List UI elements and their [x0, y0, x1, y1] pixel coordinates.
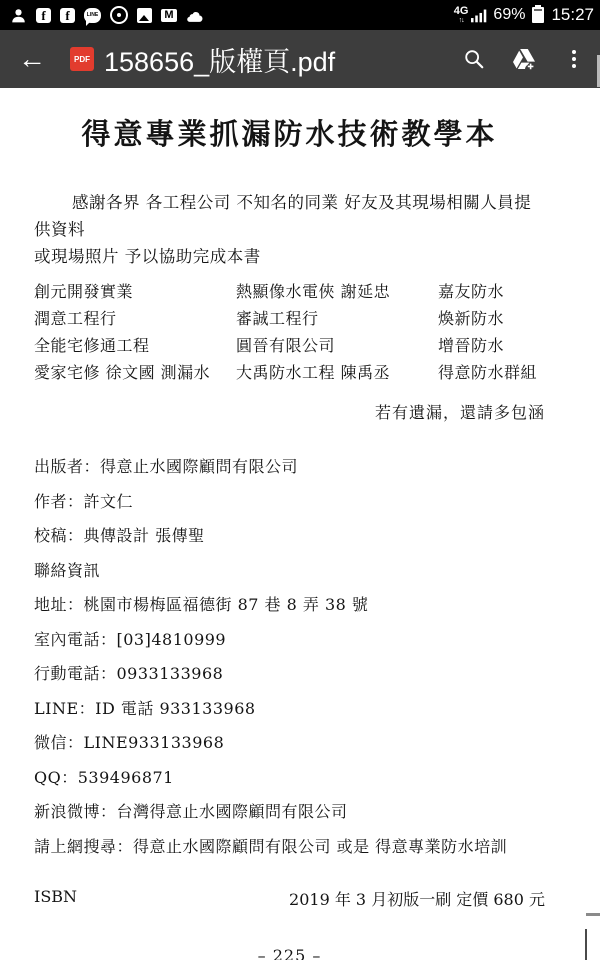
info-line-author: 作者：許文仁	[34, 492, 545, 512]
acknowledgement-line-1: 感謝各界 各工程公司 不知名的同業 好友及其現場相關人員提供資料	[34, 189, 545, 243]
isbn-label: ISBN	[34, 887, 77, 910]
credit-cell: 煥新防水	[438, 305, 545, 332]
cloud-icon	[186, 7, 203, 24]
clock-icon	[110, 6, 128, 24]
credit-cell: 圓晉有限公司	[236, 332, 438, 359]
credit-cell: 審誠工程行	[236, 305, 438, 332]
credits-grid: 創元開發實業 熱顯像水電俠 謝延忠 嘉友防水 潤意工程行 審誠工程行 煥新防水 …	[34, 278, 545, 386]
acknowledgement-line-2: 或現場照片 予以協助完成本書	[34, 243, 545, 270]
credit-cell: 得意防水群組	[438, 359, 545, 386]
apology-note: 若有遺漏，還請多包涵	[34, 400, 545, 423]
pdf-page: 得意專業抓漏防水技術教學本 感謝各界 各工程公司 不知名的同業 好友及其現場相關…	[0, 88, 600, 960]
credit-cell: 愛家宅修 徐文國 測漏水	[34, 359, 236, 386]
info-line-qq: QQ：539496871	[34, 768, 545, 788]
status-bar: f f LINE M 4G ↑↓ 69% 15:27	[0, 0, 600, 30]
page-number: – 225 –	[34, 946, 545, 960]
info-line-landline: 室內電話：[03]4810999	[34, 630, 545, 650]
publication-info: 出版者：得意止水國際顧問有限公司 作者：許文仁 校稿：典傳設計 張傳聖 聯絡資訊…	[34, 457, 545, 857]
app-bar: ← PDF 158656_版權頁.pdf	[0, 30, 600, 88]
info-line-mobile: 行動電話：0933133968	[34, 664, 545, 684]
signal-bars-icon	[471, 7, 488, 24]
credit-cell: 嘉友防水	[438, 278, 545, 305]
overflow-menu-button[interactable]	[562, 47, 586, 71]
back-button[interactable]: ←	[18, 43, 54, 75]
network-label: 4G	[454, 6, 469, 17]
gmail-icon: M	[161, 9, 177, 22]
facebook-icon: f	[60, 8, 75, 23]
credit-cell: 潤意工程行	[34, 305, 236, 332]
pdf-file-icon: PDF	[70, 47, 94, 71]
line-icon: LINE	[84, 8, 101, 23]
credit-cell: 創元開發實業	[34, 278, 236, 305]
acknowledgement-paragraph: 感謝各界 各工程公司 不知名的同業 好友及其現場相關人員提供資料 或現場照片 予…	[34, 189, 545, 270]
scrollbar-mark-vertical[interactable]	[585, 929, 587, 960]
add-to-drive-button[interactable]	[512, 47, 536, 71]
info-line-wechat: 微信：LINE933133968	[34, 733, 545, 753]
network-type-indicator: 4G ↑↓	[454, 6, 469, 24]
isbn-row: ISBN 2019 年 3 月初版一刷 定價 680 元	[34, 887, 545, 910]
credit-cell: 熱顯像水電俠 謝延忠	[236, 278, 438, 305]
edition-price: 2019 年 3 月初版一刷 定價 680 元	[289, 887, 545, 910]
info-line-weibo: 新浪微博：台灣得意止水國際顧問有限公司	[34, 802, 545, 822]
info-line-search: 請上網搜尋：得意止水國際顧問有限公司 或是 得意專業防水培訓	[34, 837, 545, 857]
credit-cell: 全能宅修通工程	[34, 332, 236, 359]
notification-icons: f f LINE M	[6, 6, 203, 24]
battery-icon	[532, 7, 544, 23]
data-arrows-icon: ↑↓	[459, 17, 464, 24]
info-line-line-id: LINE：ID 電話 933133968	[34, 699, 545, 719]
credit-cell: 增晉防水	[438, 332, 545, 359]
info-line-contact-header: 聯絡資訊	[34, 561, 545, 581]
search-button[interactable]	[462, 47, 486, 71]
document-title: 158656_版權頁.pdf	[104, 40, 454, 79]
battery-percentage: 69%	[493, 6, 525, 24]
gallery-icon	[137, 8, 152, 23]
page-title: 得意專業抓漏防水技術教學本	[34, 112, 545, 153]
info-line-proofread: 校稿：典傳設計 張傳聖	[34, 526, 545, 546]
facebook-icon: f	[36, 8, 51, 23]
credit-cell: 大禹防水工程 陳禹丞	[236, 359, 438, 386]
clock-time: 15:27	[551, 5, 594, 25]
status-indicators: 4G ↑↓ 69% 15:27	[454, 5, 594, 25]
info-line-address: 地址：桃園市楊梅區福德街 87 巷 8 弄 38 號	[34, 595, 545, 615]
info-line-publisher: 出版者：得意止水國際顧問有限公司	[34, 457, 545, 477]
scrollbar-mark-horizontal	[586, 913, 600, 916]
person-icon	[10, 7, 27, 24]
